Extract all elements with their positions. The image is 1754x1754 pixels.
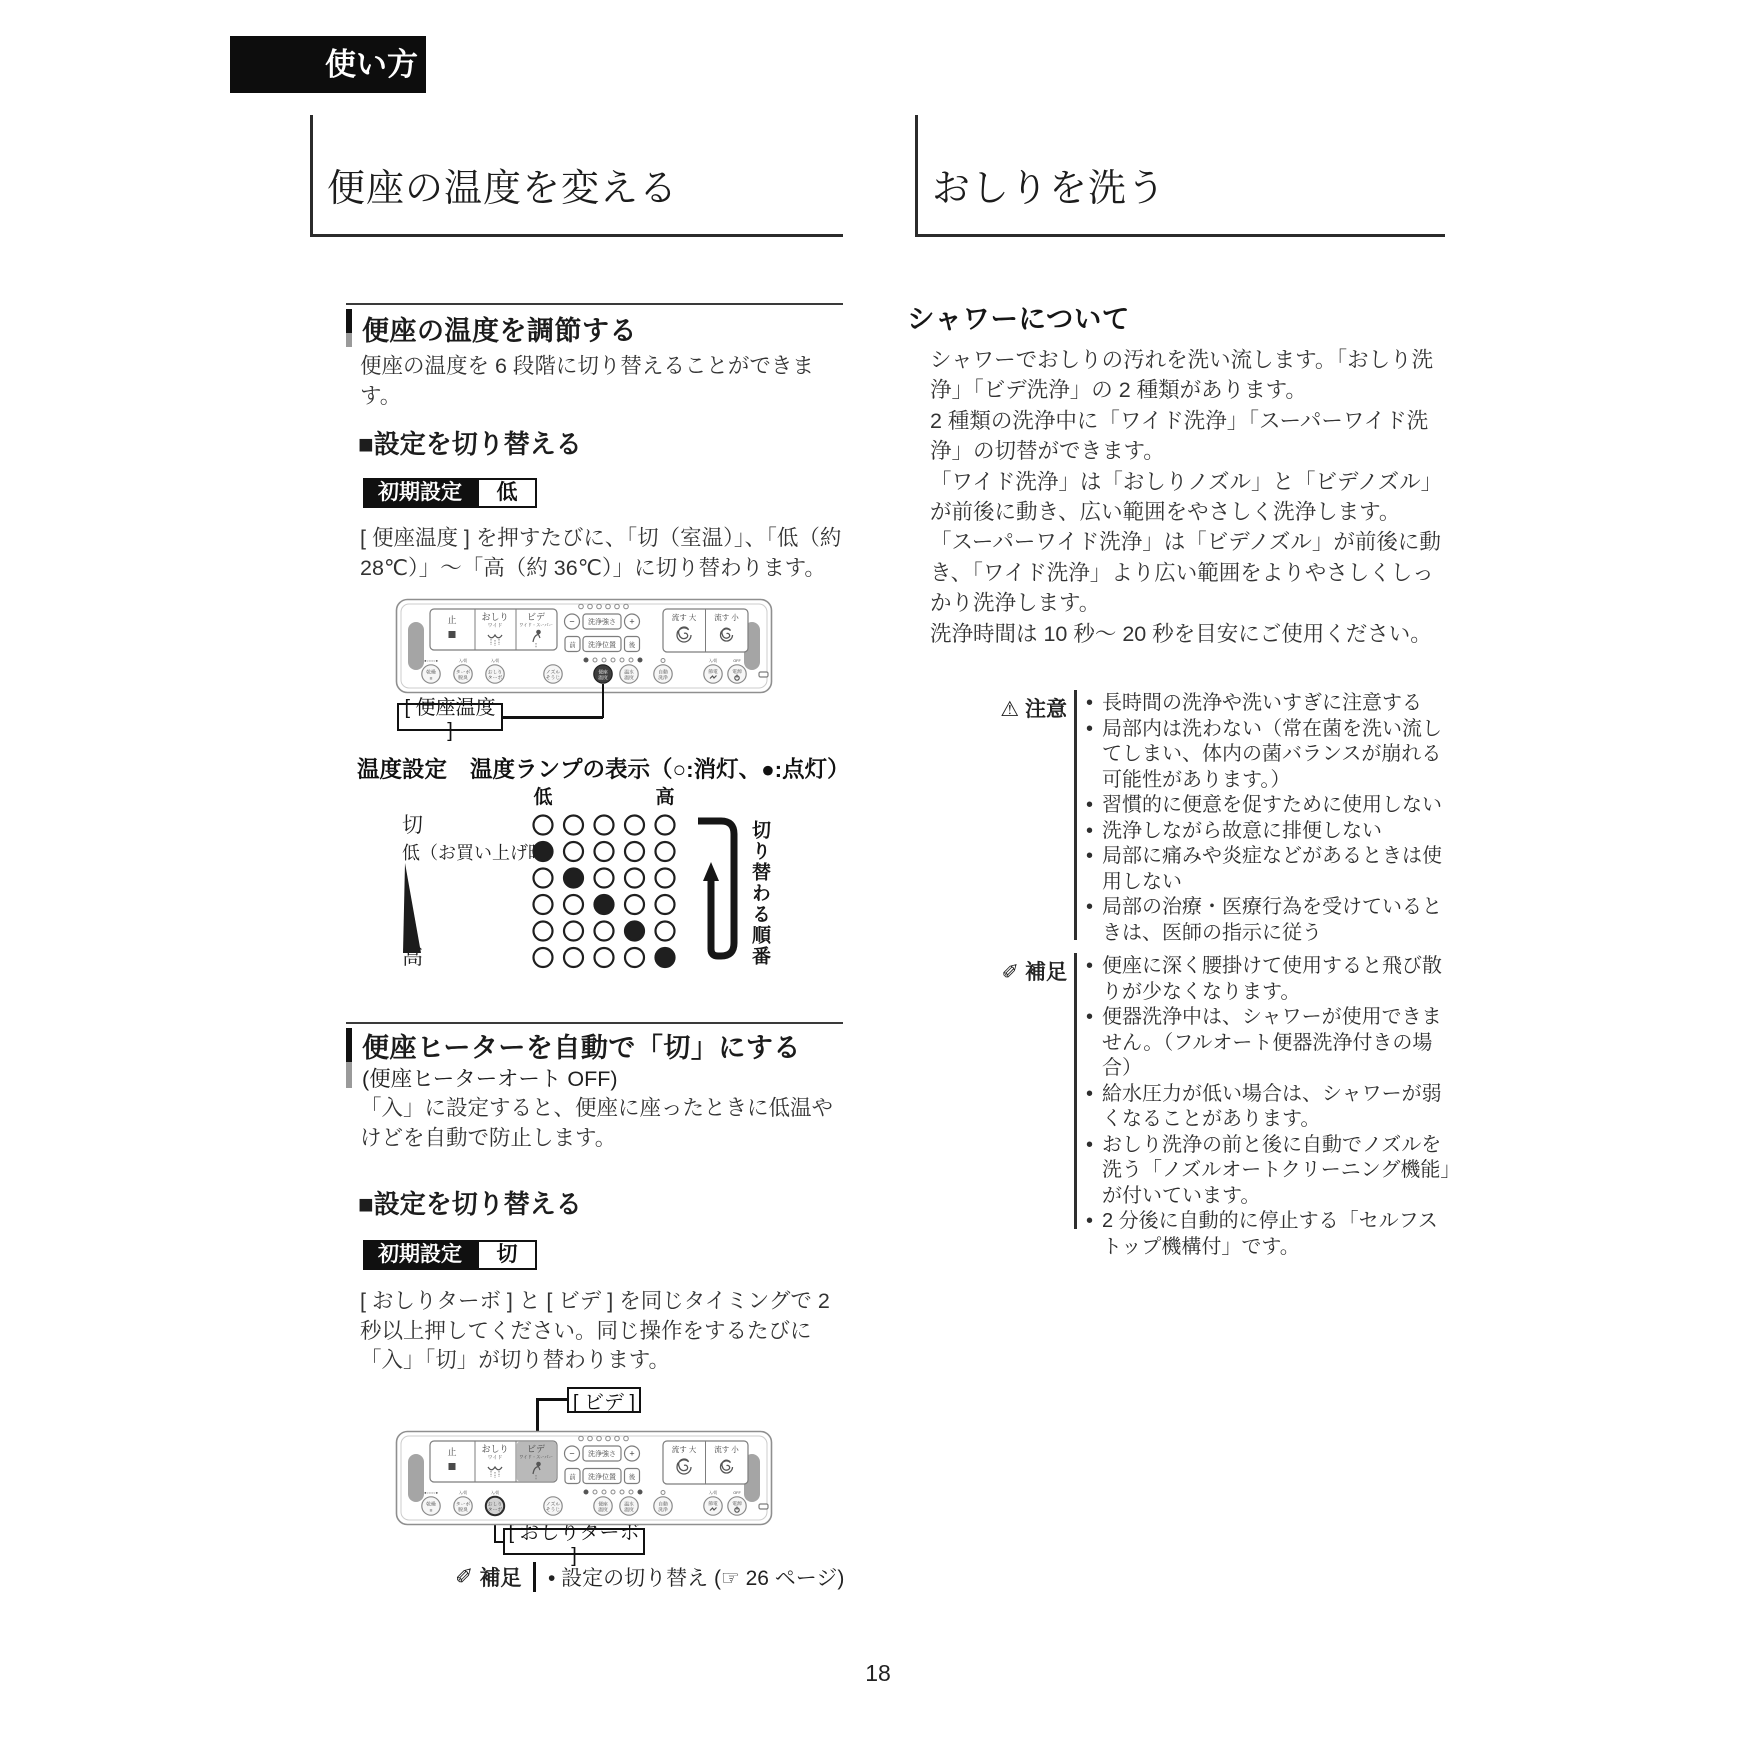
bide-person-icon [536,630,541,635]
sec2-heading: 便座ヒーターを自動で「切」にする [362,1026,801,1065]
sec1-switch-heading: ■設定を切り替える [358,424,582,461]
svg-text:乾燥: 乾燥 [426,669,436,676]
bide-button: ビデ [527,612,545,622]
svg-text:低: 低 [533,785,552,808]
lamp-grid [534,816,675,968]
svg-text:前: 前 [569,640,576,649]
svg-text:温水: 温水 [624,669,634,676]
sec1-paragraph: [ 便座温度 ] を押すたびに、「切（室温）」、「低（約 28℃）」〜「高（約 … [360,524,852,583]
sec2-paragraph: [ おしりターボ ] と [ ビデ ] を同じタイミングで 2 秒以上押してくだ… [360,1287,854,1376]
lamp-off [656,869,675,888]
svg-text:洗浄位置: 洗浄位置 [588,1472,616,1481]
default-setting-label: 初期設定 [363,478,477,508]
lamp-diagram: 低 高 切 低（お買い上げ時） 高 [395,785,775,980]
caution-item: •習慣的に便意を促すために使用しない [1086,793,1450,819]
lamp-on [564,869,583,888]
caution-item: •局部に痛みや炎症などがあるときは使用しない [1086,844,1450,895]
svg-text:そうじ: そうじ [546,1506,561,1513]
svg-text:節電: 節電 [708,1500,718,1507]
lamp-off [564,922,583,941]
svg-text:−: − [569,617,574,627]
default-setting-label: 初期設定 [363,1240,477,1270]
bide-button: ビデ [527,1444,545,1454]
lamp-off [534,869,553,888]
svg-text:≡: ≡ [430,1509,433,1514]
lamp-off [625,895,644,914]
sec1-default-badge: 初期設定 低 [363,478,537,508]
svg-text:ワイド: ワイド [488,623,503,629]
svg-text:温度: 温度 [624,1506,634,1513]
lamp-off [534,948,553,967]
svg-text:入/切: 入/切 [459,1490,468,1495]
stop-icon [449,631,456,638]
lamp-off [564,895,583,914]
lamp-off [595,948,614,967]
bide-callout: [ ビデ ] [567,1387,641,1413]
right-page-title: おしりを洗う [918,157,1166,234]
svg-text:前: 前 [569,1472,576,1481]
lamp-on [595,895,614,914]
note-item: •便器洗浄中は、シャワーが使用できません。（フルオート便器洗浄付きの場合） [1086,1005,1454,1082]
sec1-body: 便座の温度を 6 段階に切り替えることができます。 [360,352,850,411]
sec2-body: 「入」に設定すると、便座に座ったときに低温やけどを自動で防止します。 [360,1094,850,1153]
oshiri-turbo-callout: [ おしりターボ ] [503,1528,645,1555]
stop-button: 止 [447,1446,456,1457]
svg-text:便座: 便座 [598,669,608,676]
lamp-off [534,922,553,941]
svg-text:洗浄強さ: 洗浄強さ [588,1449,616,1458]
paragraph: 洗浄時間は 10 秒〜 20 秒を目安にご使用ください。 [930,619,1444,649]
paragraph: 2 種類の洗浄中に「ワイド洗浄」「スーパーワイド洗浄」の切替ができます。 [930,406,1444,467]
svg-text:ターボ: ターボ [456,1501,471,1508]
svg-text:便座: 便座 [598,1501,608,1508]
remote-side-grip-left [408,622,424,670]
sec2-footnote: ✐ 補足 • 設定の切り替え (☞ 26 ページ) [455,1562,844,1592]
svg-text:自動: 自動 [658,669,668,676]
lamp-table-title-left: 温度設定 [357,752,447,784]
svg-text:脱臭: 脱臭 [458,1506,468,1513]
lamp-on [656,948,675,967]
lamp-table-title-right: 温度ランプの表示（○:消灯、●:点灯） [470,752,850,784]
lamp-off [595,869,614,888]
note-item: •2 分後に自動的に停止する「セルフストップ機構付」です。 [1086,1209,1454,1260]
lamp-off [625,842,644,861]
svg-text:電源: 電源 [732,1500,742,1507]
oshiri-button: おしり [481,1444,508,1454]
lamp-off [595,842,614,861]
lamp-off [564,948,583,967]
lamp-off [564,816,583,835]
lamp-off [625,948,644,967]
paragraph: 「スーパーワイド洗浄」は「ビデノズル」が前後に動き、「ワイド洗浄」より広い範囲を… [930,527,1444,618]
sec1-heading-bar [346,309,352,347]
lamp-off [656,922,675,941]
svg-text:+: + [629,1449,634,1459]
svg-text:ターボ: ターボ [488,1506,503,1513]
lamp-off [534,816,553,835]
seat-temp-callout: [ 便座温度 ] [397,703,503,731]
svg-text:乾燥: 乾燥 [426,1501,436,1508]
sec2-heading-bar [346,1028,352,1088]
svg-text:●○○○○●: ●○○○○● [424,659,438,663]
right-column-title-block: おしりを洗う [915,115,1445,237]
svg-text:入/切: 入/切 [459,658,468,663]
lamp-off [595,816,614,835]
lamp-off [625,816,644,835]
note-item: •おしり洗浄の前と後に自動でノズルを洗う「ノズルオートクリーニング機能」が付いて… [1086,1133,1454,1210]
svg-text:ノズル: ノズル [546,1501,560,1508]
svg-text:−: − [569,1449,574,1459]
svg-text:脱臭: 脱臭 [458,674,468,681]
seat-temp-callout-line-h [503,716,603,719]
svg-text:ワイド: ワイド [488,1455,503,1461]
svg-text:温度: 温度 [598,674,608,681]
flush-big-button: 流す 大 [672,612,697,622]
sec2-default-badge: 初期設定 切 [363,1240,537,1270]
note-list: •便座に深く腰掛けて使用すると飛び散りが少なくなります。 •便器洗浄中は、シャワ… [1086,954,1454,1260]
stop-icon [449,1463,456,1470]
svg-text:洗浄: 洗浄 [658,1506,668,1513]
caution-item: •局部の治療・医療行為を受けているときは、医師の指示に従う [1086,895,1450,946]
pencil-icon: ✐ [1002,961,1020,984]
lamp-off [625,869,644,888]
svg-text:+: + [629,617,634,627]
sec1-top-rule [346,303,843,307]
oshiri-button: おしり [481,612,508,622]
svg-text:電源: 電源 [732,668,742,675]
note-item: •給水圧力が低い場合は、シャワーが弱くなることがあります。 [1086,1082,1454,1133]
remote-side-grip-left [408,1454,424,1502]
remote-control-1: 止 おしり ワイド ビデ ワイド・スーパー − 洗浄強さ + 前 洗浄位置 後 [395,598,773,694]
svg-text:ターボ: ターボ [456,669,471,676]
battery-indicator [759,672,768,677]
caution-list: •長時間の洗浄や洗いすぎに注意する •局部内は洗わない（常在菌を洗い流してしまい… [1086,691,1450,946]
lamp-on [625,922,644,941]
svg-text:自動: 自動 [658,1501,668,1508]
svg-text:ノズル: ノズル [546,669,560,676]
lamp-on [534,842,553,861]
svg-text:≡: ≡ [430,677,433,682]
warning-icon: ⚠ [1000,698,1019,721]
paragraph: シャワーでおしりの汚れを洗い流します。「おしり洗浄」「ビデ洗浄」の 2 種類があ… [930,345,1444,406]
remote-control-2: 止 おしり ワイド ビデ ワイド・スーパー − 洗浄強さ + 前 洗浄位置 後 [395,1430,773,1526]
flush-big-button: 流す 大 [672,1444,697,1454]
svg-text:OFF: OFF [733,1491,741,1495]
lamp-off [534,895,553,914]
default-setting-value: 低 [477,478,537,508]
svg-text:入/切: 入/切 [491,1490,500,1495]
svg-text:洗浄位置: 洗浄位置 [588,640,616,649]
svg-text:温度: 温度 [624,674,634,681]
svg-text:後: 後 [629,640,636,649]
bide-callout-line-h [536,1398,567,1401]
svg-text:入/切: 入/切 [709,1490,718,1495]
svg-text:そうじ: そうじ [546,674,561,681]
svg-text:OFF: OFF [733,659,741,663]
shower-paragraphs: シャワーでおしりの汚れを洗い流します。「おしり洗浄」「ビデ洗浄」の 2 種類があ… [930,345,1444,649]
svg-text:温度: 温度 [598,1506,608,1513]
default-setting-value: 切 [477,1240,537,1270]
svg-text:入/切: 入/切 [491,658,500,663]
seat-temp-callout-line-v [602,684,605,718]
lamp-off [656,816,675,835]
caution-item: •洗浄しながら故意に排便しない [1086,819,1450,845]
svg-text:洗浄: 洗浄 [658,674,668,681]
bide-person-icon [536,1462,541,1467]
svg-text:おしり: おしり [488,669,502,676]
low-to-high-wedge [403,863,421,953]
cycle-arrow-head [703,862,719,881]
lamp-off [656,895,675,914]
manual-page: 使い方 便座の温度を変える おしりを洗う 便座の温度を調節する 便座の温度を 6… [0,0,1754,1754]
cycle-order-label: 切り替わる順番 [746,820,773,978]
footnote-text: • 設定の切り替え (☞ 26 ページ) [548,1562,844,1592]
note-divider [1074,953,1077,1229]
stop-button: 止 [447,614,456,625]
svg-text:節電: 節電 [708,668,718,675]
battery-indicator [759,1504,768,1509]
left-page-title: 便座の温度を変える [313,157,678,234]
svg-text:高: 高 [655,785,674,808]
svg-text:おしり: おしり [488,1501,502,1508]
sec2-switch-heading: ■設定を切り替える [358,1184,582,1221]
lamp-off [656,842,675,861]
sec1-heading: 便座の温度を調節する [362,309,637,348]
left-column-title-block: 便座の温度を変える [310,115,843,237]
lamp-off [595,922,614,941]
lamp-off [564,842,583,861]
caution-item: •局部内は洗わない（常在菌を洗い流してしまい、体内の菌バランスが崩れる可能性があ… [1086,717,1450,794]
svg-text:●○○○○●: ●○○○○● [424,1491,438,1495]
caution-item: •長時間の洗浄や洗いすぎに注意する [1086,691,1450,717]
pencil-icon: ✐ [455,1564,473,1590]
svg-text:ターボ: ターボ [488,674,503,681]
shower-heading: シャワーについて [907,296,1130,336]
caution-label: ⚠ 注意 [985,693,1067,723]
flush-small-button: 流す 小 [714,1444,739,1454]
svg-text:洗浄強さ: 洗浄強さ [588,617,616,626]
cycle-arrow [698,821,734,956]
note-label: ✐ 補足 [985,956,1067,986]
note-item: •便座に深く腰掛けて使用すると飛び散りが少なくなります。 [1086,954,1454,1005]
paragraph: 「ワイド洗浄」は「おしりノズル」と「ビデノズル」が前後に動き、広い範囲をやさしく… [930,467,1444,528]
flush-small-button: 流す 小 [714,612,739,622]
svg-text:入/切: 入/切 [709,658,718,663]
lamp-row-off-label: 切 [402,814,423,837]
sec2-subheading: (便座ヒーターオート OFF) [362,1062,618,1093]
section-tag: 使い方 [230,36,426,93]
caution-divider [1074,690,1077,940]
svg-text:温水: 温水 [624,1501,634,1508]
page-number: 18 [863,1660,893,1687]
footnote-divider [533,1562,536,1592]
svg-text:後: 後 [629,1472,636,1481]
